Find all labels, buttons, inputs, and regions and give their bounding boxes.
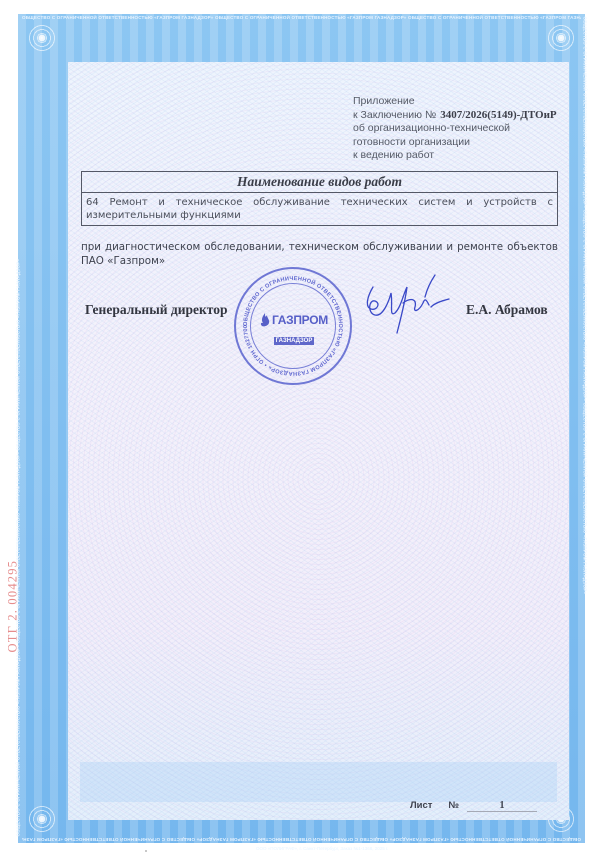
frame-border-text-top: ОБЩЕСТВО С ОГРАНИЧЕННОЙ ОТВЕТСТВЕННОСТЬЮ… xyxy=(22,15,581,20)
scope-text: при диагностическом обследовании, технич… xyxy=(81,241,558,268)
printer-note: ООО «ПОЛИГРАФ», г. Санкт-Петербург, Зака… xyxy=(256,846,388,851)
sheet-number: Лист№1 xyxy=(410,800,537,812)
document-body: Приложение к Заключению №3407/2026(5149)… xyxy=(68,62,569,820)
corner-ornament-icon xyxy=(27,804,57,834)
scan-speck xyxy=(145,850,147,852)
decorative-frame: ОБЩЕСТВО С ОГРАНИЧЕННОЙ ОТВЕТСТВЕННОСТЬЮ… xyxy=(18,14,585,843)
appendix-conclusion-prefix: к Заключению № xyxy=(353,109,436,121)
corner-ornament-icon xyxy=(546,23,576,53)
stamp-logo: ГАЗПРОМ ГАЗНАДЗОР xyxy=(258,311,330,347)
sheet-no-label: № xyxy=(448,800,459,811)
signature xyxy=(359,267,454,337)
signatory-name: Е.А. Абрамов xyxy=(466,302,548,318)
corner-ornament-icon xyxy=(27,23,57,53)
signatory-role: Генеральный директор xyxy=(85,302,227,318)
stamp-sub: ГАЗНАДЗОР xyxy=(274,337,315,345)
appendix-line-3: об организационно-технической xyxy=(353,122,557,136)
company-stamp: ОБЩЕСТВО С ОГРАНИЧЕННОЙ ОТВЕТСТВЕННОСТЬЮ… xyxy=(234,267,352,385)
appendix-line-1: Приложение xyxy=(353,95,557,109)
gazprom-flame-icon xyxy=(260,313,270,327)
stamp-brand: ГАЗПРОМ xyxy=(272,313,328,327)
frame-border-text-left: ОБЩЕСТВО С ОГРАНИЧЕННОЙ ОТВЕТСТВЕННОСТЬЮ… xyxy=(16,17,21,837)
appendix-line-5: к ведению работ xyxy=(353,149,557,163)
sheet-number-value: 1 xyxy=(467,800,537,812)
frame-border-text-right: ОБЩЕСТВО С ОГРАНИЧЕННОЙ ОТВЕТСТВЕННОСТЬЮ… xyxy=(583,17,588,837)
bottom-band xyxy=(80,762,557,802)
serial-number: ОТГ 2. 004295 xyxy=(6,563,21,653)
table-row: 64 Ремонт и техническое обслуживание тех… xyxy=(82,193,558,226)
works-table-cell: 64 Ремонт и техническое обслуживание тех… xyxy=(82,193,558,226)
appendix-header: Приложение к Заключению №3407/2026(5149)… xyxy=(353,95,557,163)
frame-border-text-bottom: ОБЩЕСТВО С ОГРАНИЧЕННОЙ ОТВЕТСТВЕННОСТЬЮ… xyxy=(22,837,581,842)
conclusion-number: 3407/2026(5149)-ДТОиР xyxy=(440,109,556,121)
sheet-label: Лист xyxy=(410,800,432,811)
appendix-line-4: готовности организации xyxy=(353,136,557,150)
appendix-line-2: к Заключению №3407/2026(5149)-ДТОиР xyxy=(353,109,557,123)
works-table: Наименование видов работ 64 Ремонт и тех… xyxy=(81,171,558,226)
works-table-header: Наименование видов работ xyxy=(82,172,558,193)
